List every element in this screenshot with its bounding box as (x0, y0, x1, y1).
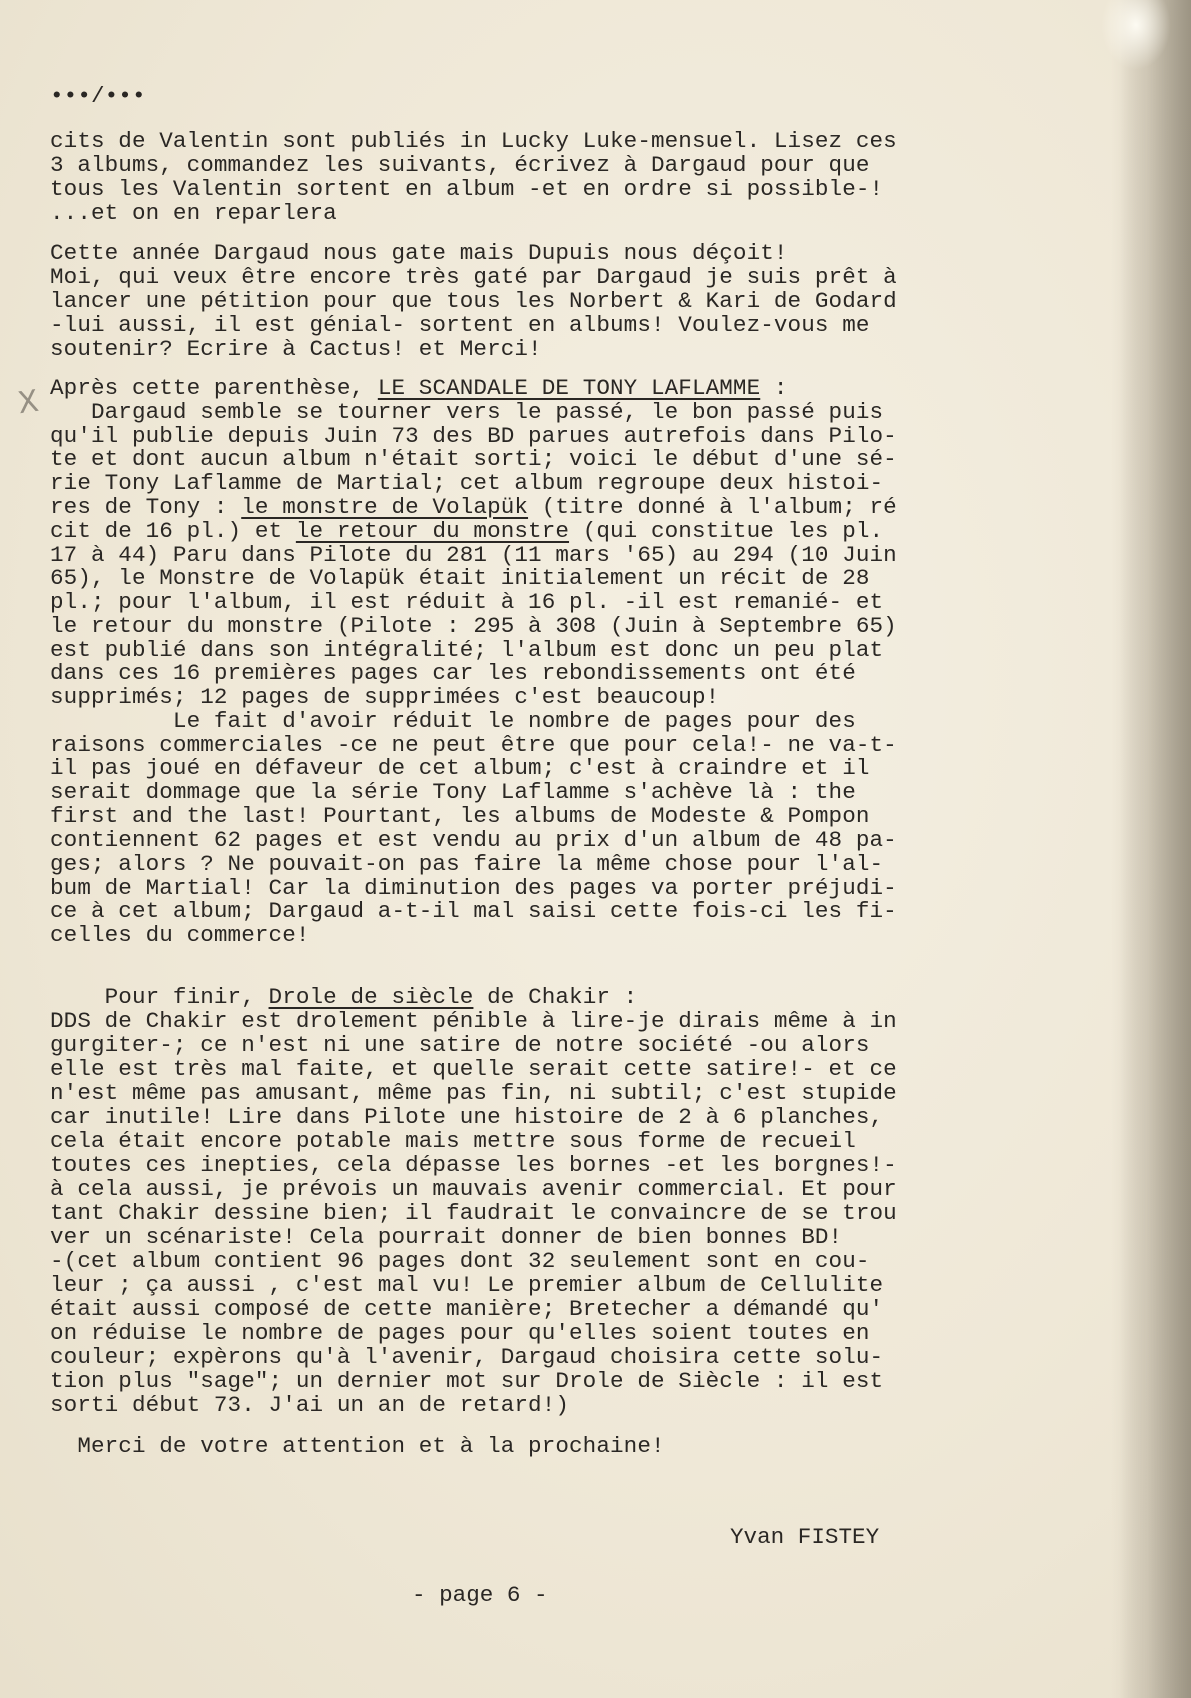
text-line: 17 à 44) Paru dans Pilote du 281 (11 mar… (50, 543, 897, 567)
text-line: gurgiter-; ce n'est ni une satire de not… (50, 1033, 870, 1057)
section-heading-line: Après cette parenthèse, LE SCANDALE DE T… (50, 376, 788, 400)
text-line: qu'il publie depuis Juin 73 des BD parue… (50, 424, 897, 448)
text-segment: (titre donné à l'album; ré (528, 494, 897, 520)
page-glare (1101, 0, 1171, 70)
author-signature: Yvan FISTEY (730, 1524, 879, 1550)
section-heading-tony-laflamme: LE SCANDALE DE TONY LAFLAMME (378, 375, 760, 401)
album-title-retour: le retour du monstre (296, 518, 569, 544)
continuation-mark: •••/••• (50, 84, 146, 108)
text-line: tant Chakir dessine bien; il faudrait le… (50, 1201, 897, 1225)
text-line: -(cet album contient 96 pages dont 32 se… (50, 1249, 870, 1273)
heading-intro: Après cette parenthèse, (50, 375, 378, 401)
album-title-volapuk: le monstre de Volapük (241, 494, 528, 520)
page-number: - page 6 - (412, 1582, 548, 1608)
text-line: ver un scénariste! Cela pourrait donner … (50, 1225, 842, 1249)
section-heading-line: Pour finir, Drole de siècle de Chakir : (50, 985, 637, 1009)
text-line: il pas joué en défaveur de cet album; c'… (50, 756, 870, 780)
text-line: celles du commerce! (50, 923, 310, 947)
text-line: ...et on en reparlera (50, 201, 337, 225)
text-line: le retour du monstre (Pilote : 295 à 308… (50, 614, 897, 638)
text-line: elle est très mal faite, et quelle serai… (50, 1057, 897, 1081)
text-line: -lui aussi, il est génial- sortent en al… (50, 313, 870, 337)
text-line: lancer une pétition pour que tous les No… (50, 289, 897, 313)
text-line: supprimés; 12 pages de supprimées c'est … (50, 685, 719, 709)
text-line: toutes ces inepties, cela dépasse les bo… (50, 1153, 897, 1177)
margin-x-mark: X (16, 384, 41, 422)
text-line: Le fait d'avoir réduit le nombre de page… (50, 709, 856, 733)
text-line: bum de Martial! Car la diminution des pa… (50, 876, 897, 900)
text-segment: (qui constitue les pl. (569, 518, 883, 544)
text-segment: cit de 16 pl.) et (50, 518, 296, 544)
text-line: couleur; expèrons qu'à l'avenir, Dargaud… (50, 1345, 883, 1369)
text-line: tous les Valentin sortent en album -et e… (50, 177, 883, 201)
text-line: first and the last! Pourtant, les albums… (50, 804, 870, 828)
text-line: sorti début 73. J'ai un an de retard!) (50, 1393, 569, 1417)
text-line: car inutile! Lire dans Pilote une histoi… (50, 1105, 883, 1129)
heading-intro: Pour finir, (50, 984, 269, 1010)
text-line: DDS de Chakir est drolement pénible à li… (50, 1009, 897, 1033)
text-line: 65), le Monstre de Volapük était initial… (50, 566, 870, 590)
text-line: Dargaud semble se tourner vers le passé,… (50, 400, 883, 424)
text-line: cela était encore potable mais mettre so… (50, 1129, 856, 1153)
section-heading-drole-de-siecle: Drole de siècle (269, 984, 474, 1010)
text-line: dans ces 16 premières pages car les rebo… (50, 661, 856, 685)
text-line: à cela aussi, je prévois un mauvais aven… (50, 1177, 897, 1201)
text-line: soutenir? Ecrire à Cactus! et Merci! (50, 337, 542, 361)
text-line: on réduise le nombre de pages pour qu'el… (50, 1321, 870, 1345)
text-line: contiennent 62 pages et est vendu au pri… (50, 828, 897, 852)
text-line: res de Tony : le monstre de Volapük (tit… (50, 495, 897, 519)
text-line: Moi, qui veux être encore très gaté par … (50, 265, 897, 289)
scanned-page: X •••/••• cits de Valentin sont publiés … (0, 0, 1191, 1698)
text-line: 3 albums, commandez les suivants, écrive… (50, 153, 870, 177)
binding-shadow (1111, 0, 1191, 1698)
text-line: était aussi composé de cette manière; Br… (50, 1297, 883, 1321)
text-line: cits de Valentin sont publiés in Lucky L… (50, 129, 897, 153)
text-line: ce à cet album; Dargaud a-t-il mal saisi… (50, 899, 897, 923)
closing-line: Merci de votre attention et à la prochai… (50, 1434, 665, 1458)
text-line: serait dommage que la série Tony Laflamm… (50, 780, 856, 804)
text-line: Cette année Dargaud nous gate mais Dupui… (50, 241, 788, 265)
text-line: n'est même pas amusant, même pas fin, ni… (50, 1081, 897, 1105)
text-line: ges; alors ? Ne pouvait-on pas faire la … (50, 852, 883, 876)
heading-suffix: : (760, 375, 787, 401)
text-line: te et dont aucun album n'était sorti; vo… (50, 447, 897, 471)
text-line: leur ; ça aussi , c'est mal vu! Le premi… (50, 1273, 883, 1297)
text-line: rie Tony Laflamme de Martial; cet album … (50, 471, 883, 495)
heading-suffix: de Chakir : (473, 984, 637, 1010)
text-line: raisons commerciales -ce ne peut être qu… (50, 733, 897, 757)
text-line: pl.; pour l'album, il est réduit à 16 pl… (50, 590, 883, 614)
text-line: est publié dans son intégralité; l'album… (50, 638, 883, 662)
text-line: tion plus "sage"; un dernier mot sur Dro… (50, 1369, 883, 1393)
text-segment: res de Tony : (50, 494, 241, 520)
text-line: cit de 16 pl.) et le retour du monstre (… (50, 519, 883, 543)
